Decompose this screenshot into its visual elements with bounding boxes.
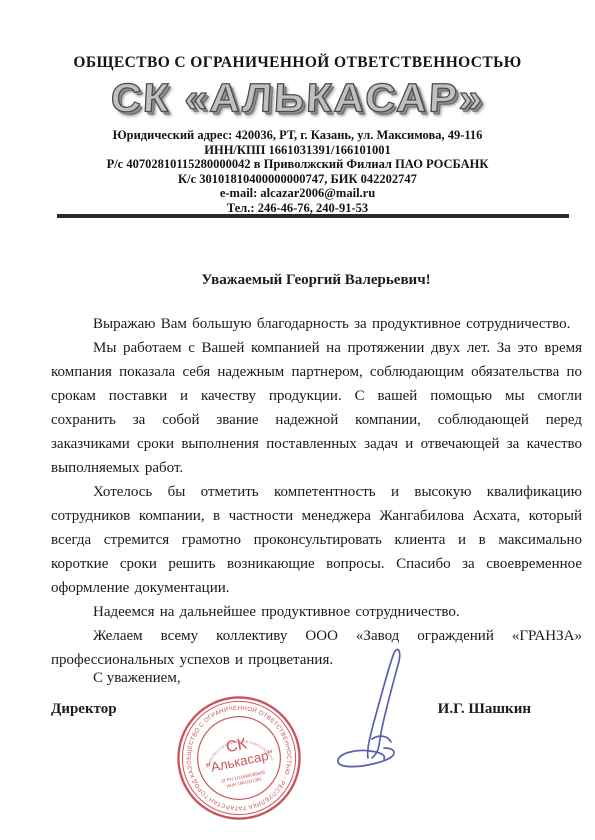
paragraph-partnership: Мы работаем с Вашей компанией на протяже… [51, 336, 582, 480]
salutation: Уважаемый Георгий Валерьевич! [51, 272, 581, 289]
address-line-account: Р/с 40702810115280000042 в Приволжский Ф… [0, 157, 595, 172]
paragraph-gratitude: Выражаю Вам большую благодарность за про… [51, 312, 582, 336]
signer-title: Директор [51, 701, 117, 718]
company-stamp: ОБЩЕСТВО С ОГРАНИЧЕННОЙ ОТВЕТСТВЕННОСТЬЮ… [167, 686, 312, 831]
letter-body: Выражаю Вам большую благодарность за про… [51, 312, 582, 672]
letterhead-divider-rule [57, 214, 569, 218]
letterhead-address-block: Юридический адрес: 420036, РТ, г. Казань… [0, 128, 595, 215]
address-line-email: e-mail: alcazar2006@mail.ru [0, 186, 595, 201]
address-line-corr-bik: К/с 30101810400000000747, БИК 042202747 [0, 172, 595, 187]
paragraph-wishes: Желаем всему коллективу ООО «Завод ограж… [51, 624, 582, 672]
address-line-legal: Юридический адрес: 420036, РТ, г. Казань… [0, 128, 595, 143]
letter-page: ОБЩЕСТВО С ОГРАНИЧЕННОЙ ОТВЕТСТВЕННОСТЬЮ… [0, 0, 595, 840]
address-line-phone: Тел.: 246-46-76, 240-91-53 [0, 201, 595, 216]
company-logo: СК «АЛЬКАСАР» [0, 75, 595, 121]
paragraph-hope: Надеемся на дальнейшее продуктивное сотр… [51, 600, 582, 624]
address-line-inn-kpp: ИНН/КПП 1661031391/166101001 [0, 143, 595, 158]
handwritten-signature [328, 645, 410, 777]
org-type-heading: ОБЩЕСТВО С ОГРАНИЧЕННОЙ ОТВЕТСТВЕННОСТЬЮ [0, 54, 595, 72]
closing-line: С уважением, [93, 670, 181, 687]
signer-name: И.Г. Шашкин [438, 701, 531, 718]
paragraph-staff: Хотелось бы отметить компетентность и вы… [51, 480, 582, 600]
